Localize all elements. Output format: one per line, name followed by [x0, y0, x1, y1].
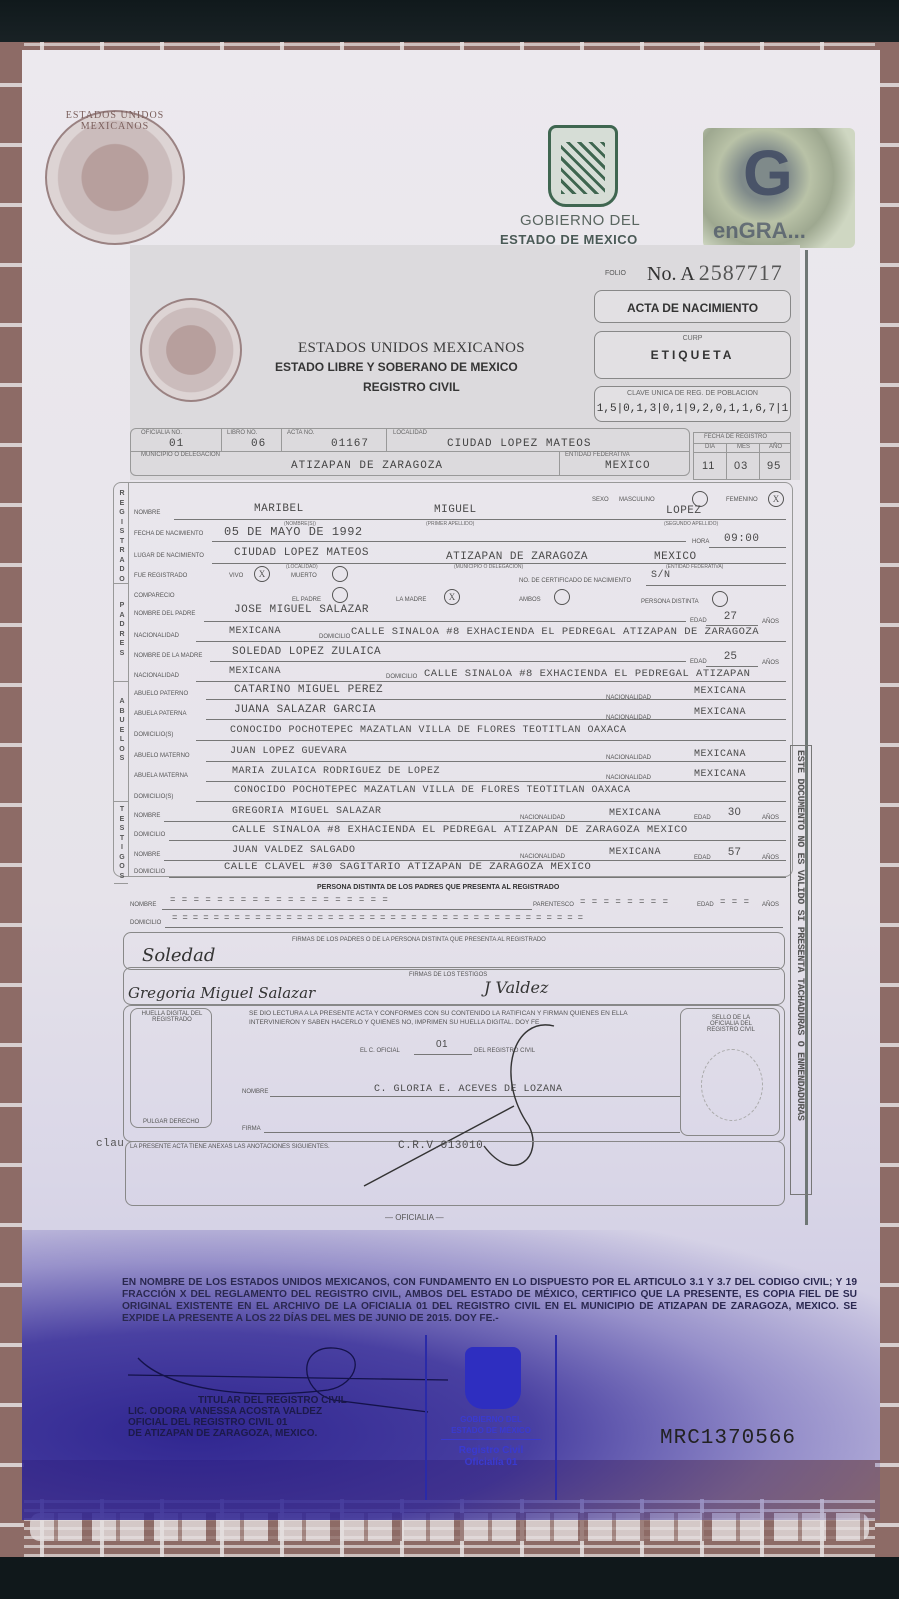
libro-value: 06: [251, 438, 266, 450]
anotaciones-box: LA PRESENTE ACTA TIENE ANEXAS LAS ANOTAC…: [125, 1141, 785, 1206]
abuela-paterna-value: JUANA SALAZAR GARCIA: [234, 704, 376, 716]
entidad-sub: (ENTIDAD FEDERATIVA): [666, 564, 723, 570]
abuela-paterna-nac-label: NACIONALIDAD: [606, 715, 651, 721]
madre-nacionalidad-label: NACIONALIDAD: [134, 673, 179, 679]
oficial-nombre-label: NOMBRE: [242, 1089, 268, 1095]
abuelo-materno-nac-value: MEXICANA: [694, 749, 746, 760]
title-registro-civil: REGISTRO CIVIL: [363, 380, 460, 394]
persona-distinta-label: PERSONA DISTINTA: [641, 599, 699, 605]
section-divider: [114, 801, 128, 802]
state-shield-icon: [465, 1347, 521, 1409]
divider: [281, 429, 282, 451]
curp-box: CURP ETIQUETA: [594, 331, 791, 379]
lugar-entidad-value: MEXICO: [654, 551, 697, 563]
madre-nacionalidad-value: MEXICANA: [229, 666, 281, 677]
underline: [196, 681, 786, 682]
underline: [196, 740, 786, 741]
curp-value: ETIQUETA: [595, 348, 790, 362]
primer-apellido-value: MIGUEL: [434, 504, 477, 516]
section-testigos-letters: TESTIGOS: [116, 805, 128, 881]
vivo-checkbox[interactable]: X: [254, 566, 270, 582]
oficialia-label: OFICIALIA No.: [141, 430, 182, 436]
clave-box: CLAVE UNICA DE REG. DE POBLACION 1,5|0,1…: [594, 386, 791, 422]
municipio-label: MUNICIPIO O DELEGACION: [141, 452, 220, 458]
domicilio-maternos-value: CONOCIDO POCHOTEPEC MAZATLAN VILLA DE FL…: [234, 785, 631, 796]
divider: [694, 452, 790, 453]
testigo1-nombre-value: GREGORIA MIGUEL SALAZAR: [232, 806, 382, 817]
madre-domicilio-label: DOMICILIO: [386, 674, 417, 680]
registro-civil-stamp: GOBIERNO DEL ESTADO DE MÉXICO Registro C…: [425, 1335, 557, 1500]
titular-block: TITULAR DEL REGISTRO CIVIL LIC. ODORA VA…: [128, 1395, 347, 1439]
underline: [206, 699, 786, 700]
testigo2-nac-label: NACIONALIDAD: [520, 854, 565, 860]
entidad-label: ENTIDAD FEDERATIVA: [565, 452, 630, 458]
hologram-glyph-icon: G: [743, 136, 793, 210]
abuela-paterna-nac-value: MEXICANA: [694, 707, 746, 718]
acta-type: ACTA DE NACIMIENTO: [595, 301, 790, 315]
registry-data-row: OFICIALIA No. 01 LIBRO No. 06 ACTA No. 0…: [130, 428, 690, 476]
madre-value: SOLEDAD LOPEZ ZULAICA: [232, 646, 381, 658]
emblem-text: ESTADOS UNIDOS MEXICANOS: [47, 110, 183, 132]
hora-label: HORA: [692, 539, 709, 545]
mes-value: 03: [734, 460, 748, 472]
oficialia-value: 01: [169, 438, 184, 450]
registry-emblem-icon: [140, 298, 242, 402]
divider: [441, 1439, 541, 1440]
madre-domicilio-value: CALLE SINALOA #8 EXHACIENDA EL PEDREGAL …: [424, 668, 750, 680]
padre-domicilio-value: CALLE SINALOA #8 EXHACIENDA EL PEDREGAL …: [351, 626, 759, 638]
localidad-sub: (LOCALIDAD): [286, 564, 318, 570]
localidad-value: CIUDAD LOPEZ MATEOS: [447, 438, 591, 450]
state-coat-of-arms-icon: [548, 125, 618, 207]
persona-parentesco-label: PARENTESCO: [533, 902, 574, 908]
testigo1-nac-value: MEXICANA: [609, 808, 661, 819]
segundo-apellido-value: LOPEZ: [666, 505, 702, 517]
lugar-municipio-value: ATIZAPAN DE ZARAGOZA: [446, 551, 588, 563]
ambos-checkbox[interactable]: [554, 589, 570, 605]
folio-label: FOLIO: [605, 270, 626, 277]
persona-domicilio-label: DOMICILIO: [130, 920, 161, 926]
testigo2-signature: J Valdez: [484, 978, 548, 997]
underline: [212, 541, 686, 542]
persona-domicilio-fill: = = = = = = = = = = = = = = = = = = = = …: [172, 913, 583, 923]
underline: [174, 519, 786, 520]
fecha-registro-label: FECHA DE REGISTRO: [704, 434, 767, 440]
abuela-paterna-label: ABUELA PATERNA: [134, 711, 186, 717]
testigo1-signature: Gregoria Miguel Salazar: [128, 984, 315, 1002]
segundo-apellido-sub: (SEGUNDO APELLIDO): [664, 521, 718, 527]
clave-value: 1,5|0,1,3|0,1|9,2,0,1,1,6,7|1: [595, 403, 790, 415]
anotaciones-value: C.R.V.013010: [398, 1140, 483, 1152]
section-registrado-letters: REGISTRADO: [116, 489, 128, 584]
certificado-label: No. DE CERTIFICADO DE NACIMIENTO: [519, 578, 631, 584]
padre-edad-label: EDAD: [690, 618, 707, 624]
ano-value: 95: [767, 460, 781, 472]
padre-nacionalidad-value: MEXICANA: [229, 626, 281, 637]
testigo2-domicilio-label: DOMICILIO: [134, 869, 165, 875]
madre-edad-value: 25: [724, 650, 737, 662]
padre-edad-value: 27: [724, 610, 737, 622]
certificado-value: S/N: [651, 570, 671, 581]
bottom-border-frieze: [0, 1499, 899, 1557]
underline: [204, 621, 686, 622]
official-seal-stamp: [701, 1049, 763, 1121]
testigo2-anos-label: AÑOS: [762, 855, 779, 861]
divider: [759, 443, 760, 479]
acta-no-value: 01167: [331, 438, 369, 450]
underline: [206, 781, 786, 782]
huella-label: HUELLA DIGITAL DEL REGISTRADO: [141, 1011, 203, 1023]
testigo2-edad-label: EDAD: [694, 855, 711, 861]
abuelo-paterno-value: CATARINO MIGUEL PEREZ: [234, 684, 383, 696]
muerto-label: MUERTO: [291, 573, 317, 579]
sexo-label: SEXO: [592, 497, 609, 503]
padres-signature: Soledad: [142, 945, 215, 966]
titular-line0: TITULAR DEL REGISTRO CIVIL: [128, 1395, 347, 1406]
firmas-padres-heading: FIRMAS DE LOS PADRES O DE LA PERSONA DIS…: [292, 937, 546, 943]
padre-label: NOMBRE DEL PADRE: [134, 611, 195, 617]
underline: [165, 927, 783, 928]
security-hologram: G enGRA...: [703, 128, 855, 248]
seal-line3: Registro Civil: [427, 1445, 555, 1456]
abuela-materna-nac-value: MEXICANA: [694, 769, 746, 780]
fecha-registro-box: FECHA DE REGISTRO DIA MES AÑO 11 03 95: [693, 432, 791, 480]
acta-type-box: ACTA DE NACIMIENTO: [594, 290, 791, 323]
testigo1-domicilio-value: CALLE SINALOA #8 EXHACIENDA EL PEDREGAL …: [232, 824, 688, 836]
titular-line1: LIC. ODORA VANESSA ACOSTA VALDEZ: [128, 1406, 347, 1417]
oficialia-footer: — OFICIALIA —: [385, 1213, 444, 1222]
underline: [709, 547, 786, 548]
divider: [386, 429, 387, 451]
nombre-value: MARIBEL: [254, 503, 304, 515]
madre-label: NOMBRE DE LA MADRE: [134, 653, 202, 659]
persona-distinta-checkbox[interactable]: [712, 591, 728, 607]
hora-value: 09:00: [724, 533, 760, 545]
persona-nombre-fill: = = = = = = = = = = = = = = = = = = =: [170, 895, 388, 905]
pulgar-label: PULGAR DERECHO: [143, 1119, 199, 1125]
localidad-label: LOCALIDAD: [393, 430, 427, 436]
huella-box: HUELLA DIGITAL DEL REGISTRADO PULGAR DER…: [130, 1008, 212, 1128]
fecha-nacimiento-label: FECHA DE NACIMIENTO: [134, 531, 203, 537]
anotaciones-label: LA PRESENTE ACTA TIENE ANEXAS LAS ANOTAC…: [130, 1144, 330, 1150]
dia-value: 11: [702, 460, 715, 472]
lugar-nacimiento-label: LUGAR DE NACIMIENTO: [134, 553, 204, 559]
persona-parentesco-fill: = = = = = = = =: [580, 897, 669, 907]
seal-line4: Oficialía 01: [427, 1457, 555, 1468]
comparecio-label: COMPARECIO: [134, 593, 175, 599]
section-divider: [114, 583, 128, 584]
hologram-text: enGRA...: [713, 218, 806, 244]
testigo1-domicilio-label: DOMICILIO: [134, 832, 165, 838]
sello-label: SELLO DE LA OFICIALIA DEL REGISTRO CIVIL: [701, 1015, 761, 1033]
underline: [162, 909, 532, 910]
oficial-block: HUELLA DIGITAL DEL REGISTRADO PULGAR DER…: [123, 1005, 785, 1142]
padre-domicilio-label: DOMICILIO: [319, 634, 350, 640]
certification-text: EN NOMBRE DE LOS ESTADOS UNIDOS MEXICANO…: [122, 1277, 857, 1325]
domicilio-paternos-label: DOMICILIO(S): [134, 732, 173, 738]
divider: [726, 443, 727, 479]
underline: [706, 666, 758, 667]
abuelo-paterno-label: ABUELO PATERNO: [134, 691, 188, 697]
testigo1-edad-label: EDAD: [694, 815, 711, 821]
femenino-checkbox[interactable]: X: [768, 491, 784, 507]
seal-line2: ESTADO DE MÉXICO: [427, 1426, 555, 1435]
entidad-value: MEXICO: [605, 460, 651, 472]
registration-form: REGISTRADO SEXO MASCULINO FEMENINO X NOM…: [113, 482, 793, 877]
underline: [206, 719, 786, 720]
firmas-padres-box: FIRMAS DE LOS PADRES O DE LA PERSONA DIS…: [123, 932, 785, 970]
abuelo-paterno-nac-label: NACIONALIDAD: [606, 695, 651, 701]
abuelo-paterno-nac-value: MEXICANA: [694, 686, 746, 697]
persona-edad-fill: = = =: [720, 897, 750, 907]
femenino-label: FEMENINO: [726, 497, 758, 503]
persona-distinta-heading: PERSONA DISTINTA DE LOS PADRES QUE PRESE…: [317, 884, 559, 891]
mes-label: MES: [737, 444, 750, 450]
domicilio-paternos-value: CONOCIDO POCHOTEPEC MAZATLAN VILLA DE FL…: [230, 725, 627, 736]
municipio-sub: (MUNICIPIO O DELEGACION): [454, 564, 523, 570]
testigo1-anos-label: AÑOS: [762, 815, 779, 821]
national-emblem-icon: ESTADOS UNIDOS MEXICANOS: [45, 110, 185, 245]
folio-prefix: No. A: [647, 263, 694, 285]
persona-anos-label: AÑOS: [762, 902, 779, 908]
masculino-label: MASCULINO: [619, 497, 655, 503]
section-divider: [114, 883, 128, 884]
section-divider: [128, 483, 129, 876]
divider: [559, 451, 560, 475]
ano-label: AÑO: [769, 444, 782, 450]
persona-nombre-label: NOMBRE: [130, 902, 156, 908]
title-estado-libre: ESTADO LIBRE Y SOBERANO DE MEXICO: [275, 360, 518, 374]
persona-edad-label: EDAD: [697, 902, 714, 908]
validity-legend-text: ESTE DOCUMENTO NO ES VALIDO SI PRESENTA …: [794, 750, 805, 1121]
underline: [646, 585, 786, 586]
padre-anos-label: AÑOS: [762, 619, 779, 625]
section-divider: [114, 681, 128, 682]
lugar-localidad-value: CIUDAD LOPEZ MATEOS: [234, 547, 369, 559]
ambos-label: AMBOS: [519, 597, 541, 603]
madre-edad-label: EDAD: [690, 659, 707, 665]
padre-value: JOSE MIGUEL SALAZAR: [234, 604, 369, 616]
titular-line3: DE ATIZAPAN DE ZARAGOZA, MEXICO.: [128, 1428, 347, 1439]
underline: [206, 761, 786, 762]
anotaciones-side-note: clau: [96, 1138, 124, 1150]
dia-label: DIA: [705, 444, 715, 450]
firmas-testigos-box: FIRMAS DE LOS TESTIGOS Gregoria Miguel S…: [123, 967, 785, 1005]
seal-line1: GOBIERNO DEL: [427, 1415, 555, 1424]
clave-label: CLAVE UNICA DE REG. DE POBLACION: [595, 390, 790, 397]
firma-label: FIRMA: [242, 1126, 261, 1132]
nombre-label: NOMBRE: [134, 510, 160, 516]
validity-legend: ESTE DOCUMENTO NO ES VALIDO SI PRESENTA …: [790, 745, 812, 1195]
fue-registrado-label: FUE REGISTRADO: [134, 573, 187, 579]
firmas-testigos-heading: FIRMAS DE LOS TESTIGOS: [409, 972, 487, 978]
underline: [196, 641, 786, 642]
libro-label: LIBRO No.: [227, 430, 257, 436]
domicilio-maternos-label: DOMICILIO(S): [134, 794, 173, 800]
testigo2-nombre-value: JUAN VALDEZ SALGADO: [232, 845, 356, 856]
folio-value: 2587717: [699, 260, 783, 285]
testigo2-nac-value: MEXICANA: [609, 847, 661, 858]
testigo2-domicilio-value: CALLE CLAVEL #30 SAGITARIO ATIZAPAN DE Z…: [224, 861, 591, 873]
abuelo-materno-nac-label: NACIONALIDAD: [606, 755, 651, 761]
underline: [169, 840, 786, 841]
government-line1: GOBIERNO DEL: [520, 212, 640, 229]
title-estados-unidos: ESTADOS UNIDOS MEXICANOS: [298, 340, 525, 357]
acta-no-label: ACTA No.: [287, 430, 315, 436]
serial-number: MRC1370566: [660, 1427, 796, 1450]
vivo-label: VIVO: [229, 573, 243, 579]
titular-line2: OFICIAL DEL REGISTRO CIVIL 01: [128, 1417, 347, 1428]
la-madre-label: LA MADRE: [396, 597, 426, 603]
underline: [164, 821, 786, 822]
el-padre-checkbox[interactable]: [332, 587, 348, 603]
underline: [196, 801, 786, 802]
municipio-value: ATIZAPAN DE ZARAGOZA: [291, 460, 443, 472]
abuela-materna-nac-label: NACIONALIDAD: [606, 775, 651, 781]
underline: [169, 877, 786, 878]
primer-apellido-sub: (PRIMER APELLIDO): [426, 521, 474, 527]
abuela-materna-value: MARIA ZULAICA RODRIGUEZ DE LOPEZ: [232, 766, 440, 777]
la-madre-checkbox[interactable]: X: [444, 589, 460, 605]
sello-box: SELLO DE LA OFICIALIA DEL REGISTRO CIVIL: [680, 1008, 780, 1136]
padre-nacionalidad-label: NACIONALIDAD: [134, 633, 179, 639]
left-border-frieze: [0, 42, 24, 1557]
abuelo-materno-value: JUAN LOPEZ GUEVARA: [230, 746, 347, 757]
curp-label: CURP: [595, 335, 790, 342]
section-padres-letters: PADRES: [116, 601, 128, 658]
el-padre-label: EL PADRE: [292, 597, 321, 603]
underline: [210, 661, 686, 662]
testigo2-nombre-label: NOMBRE: [134, 852, 160, 858]
testigo1-nac-label: NACIONALIDAD: [520, 815, 565, 821]
abuelo-materno-label: ABUELO MATERNO: [134, 753, 190, 759]
muerto-checkbox[interactable]: [332, 566, 348, 582]
divider: [221, 429, 222, 451]
fecha-nacimiento-value: 05 DE MAYO DE 1992: [224, 525, 363, 539]
madre-anos-label: AÑOS: [762, 660, 779, 666]
testigo1-edad-value: 30: [728, 806, 741, 818]
folio-number: No. A 2587717: [647, 260, 783, 286]
section-abuelos-letters: ABUELOS: [116, 697, 128, 764]
testigo2-edad-value: 57: [728, 846, 741, 858]
testigo1-nombre-label: NOMBRE: [134, 813, 160, 819]
abuela-materna-label: ABUELA MATERNA: [134, 773, 188, 779]
